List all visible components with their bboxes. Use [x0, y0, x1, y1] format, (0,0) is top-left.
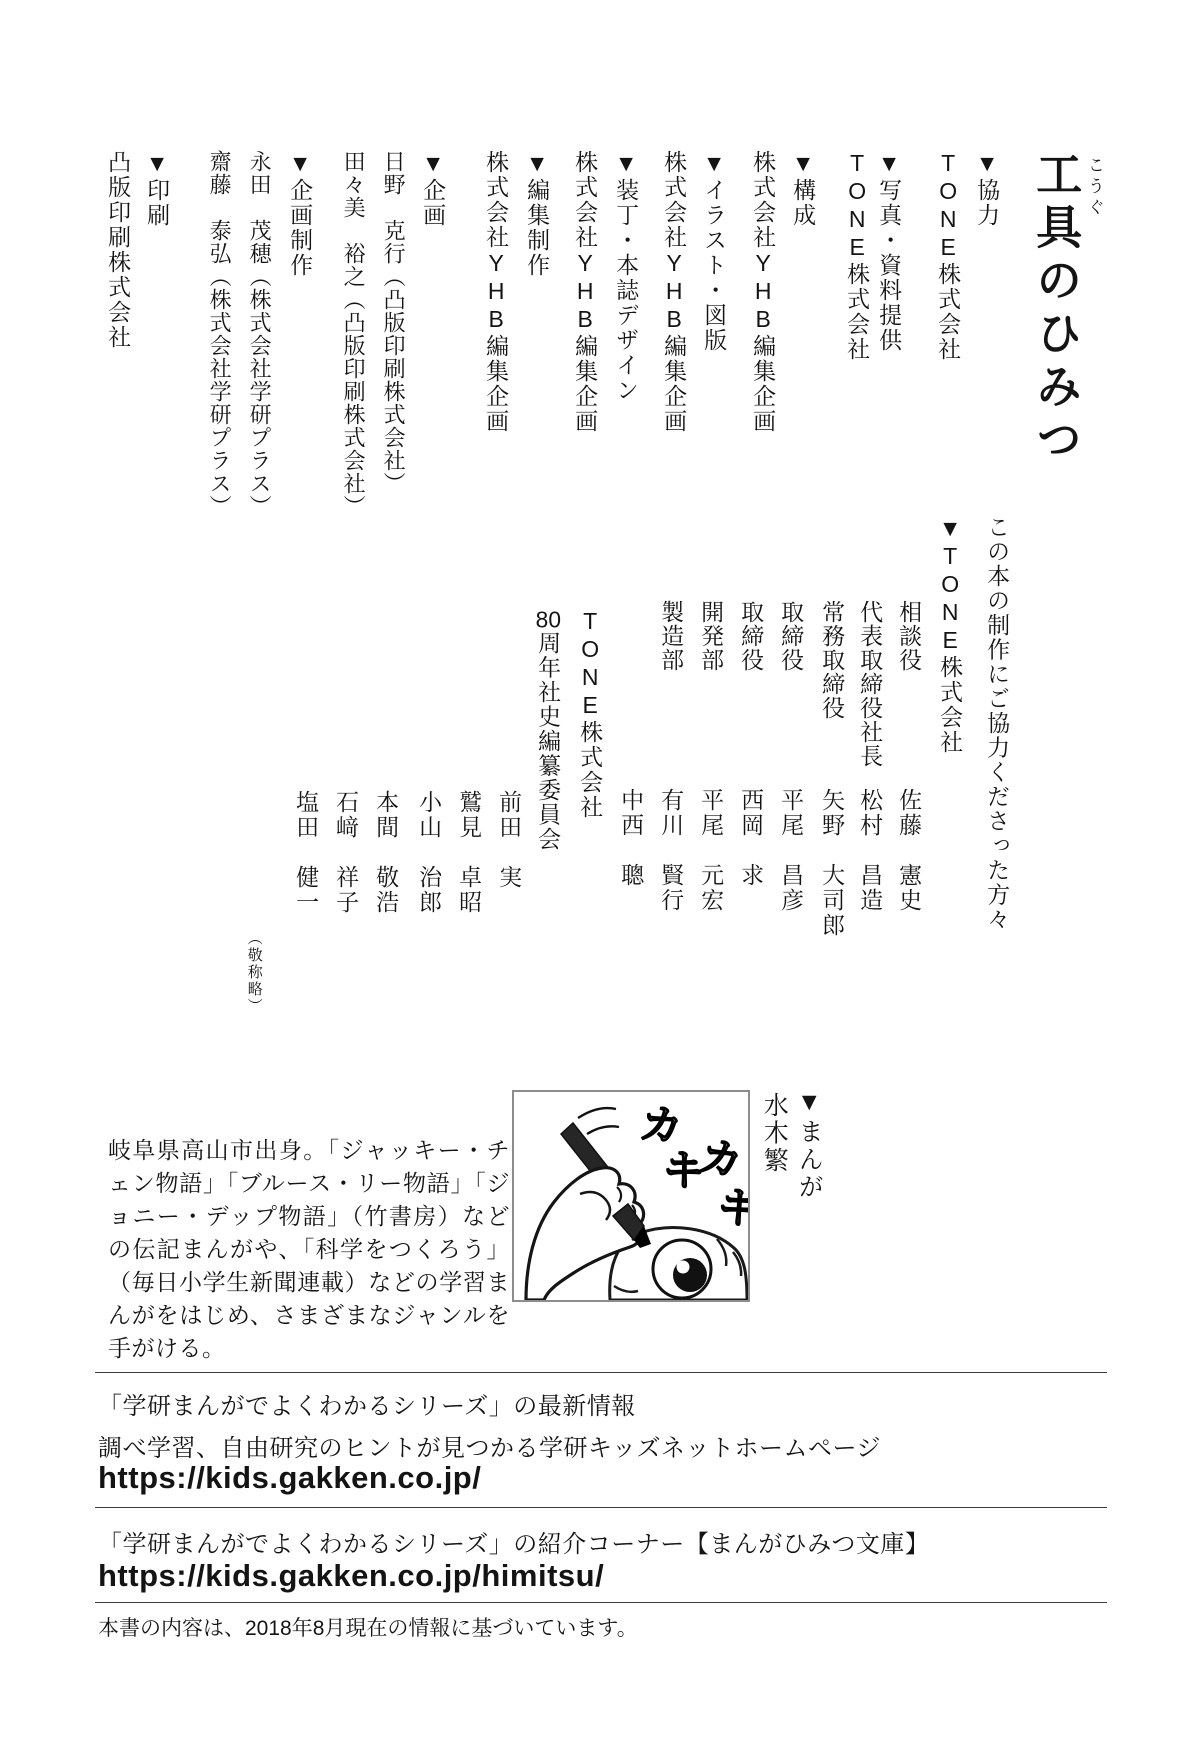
- ack-position: 製造部: [659, 600, 683, 672]
- committee-member: 前田 実: [497, 790, 521, 890]
- ack-position: 取締役: [739, 600, 763, 672]
- divider: [95, 1602, 1107, 1603]
- colophon-page: 工具のひみつ こうぐ ▼協力 TONE株式会社 ▼写真・資料提供 TONE株式会…: [0, 0, 1200, 1760]
- divider: [95, 1507, 1107, 1508]
- ack-name: 松村 昌造: [858, 788, 882, 913]
- ack-name: 佐藤 憲史: [897, 788, 921, 913]
- page-title-furigana: こうぐ: [1085, 156, 1103, 219]
- ack-position: 相談役: [897, 600, 921, 672]
- sfx-text: カ: [695, 1131, 747, 1187]
- committee-member: 本間 敬浩: [374, 790, 398, 915]
- hand-drawing-fish-illustration: カ キ カ キ: [514, 1092, 748, 1300]
- ack-name: 中西 聰: [619, 788, 643, 888]
- committee-group-number: 80: [535, 608, 561, 631]
- credit-name: 齋藤 泰弘（株式会社学研プラス）: [208, 150, 231, 518]
- manga-author: 水木繁: [761, 1092, 787, 1175]
- committee-member: 小山 治郎: [417, 790, 441, 915]
- credit-role: ▼協力: [975, 150, 999, 228]
- ack-heading: この本の制作にご協力くださった方々: [985, 515, 1009, 932]
- committee-member: 石﨑 祥子: [334, 790, 358, 915]
- credit-role: ▼構成: [791, 150, 815, 228]
- credit-name: 日野 克行（凸版印刷株式会社）: [382, 150, 405, 495]
- ack-position: 取締役: [779, 600, 803, 672]
- series-info-label: 「学研まんがでよくわかるシリーズ」の最新情報: [98, 1386, 636, 1421]
- credit-name: 株式会社YHB編集企画: [662, 150, 686, 434]
- credit-role: ▼編集制作: [525, 150, 549, 278]
- fish-eye-highlight: [677, 1261, 690, 1274]
- committee-group: 80周年社史編纂委員会: [536, 608, 560, 852]
- ack-position: 常務取締役: [820, 600, 844, 720]
- edition-note: 本書の内容は、2018年8月現在の情報に基づいています。: [98, 1612, 638, 1642]
- page-title: 工具のひみつ: [1032, 150, 1080, 468]
- ack-name: 平尾 昌彦: [779, 788, 803, 913]
- credit-name: TONE株式会社: [845, 150, 869, 362]
- credit-name: TONE株式会社: [936, 150, 960, 362]
- motion-line: [578, 1108, 616, 1118]
- committee-org: TONE株式会社: [578, 608, 602, 820]
- committee-member: 鷲見 卓昭: [457, 790, 481, 915]
- manga-illustration: カ キ カ キ: [512, 1090, 750, 1302]
- credit-name: 田々美 裕之（凸版印刷株式会社）: [342, 150, 365, 518]
- manga-author-bio: 岐阜県高山市出身。「ジャッキー・チェン物語」「ブルース・リー物語」「ジョニー・デ…: [108, 1134, 510, 1365]
- credit-role: ▼企画制作: [288, 150, 312, 278]
- himitsu-label: 「学研まんがでよくわかるシリーズ」の紹介コーナー【まんがひみつ文庫】: [98, 1524, 929, 1559]
- ack-name: 西岡 求: [739, 788, 763, 888]
- ack-company-heading: ▼TONE株式会社: [938, 515, 962, 755]
- credit-role: ▼イラスト・図版: [702, 150, 726, 353]
- credit-name: 株式会社YHB編集企画: [573, 150, 597, 434]
- ack-position: 開発部: [699, 600, 723, 672]
- motion-line: [587, 1126, 619, 1134]
- sfx-text: キ: [712, 1179, 748, 1236]
- ack-position: 代表取締役社長: [858, 600, 882, 768]
- kidsnet-url[interactable]: https://kids.gakken.co.jp/: [98, 1460, 481, 1496]
- himitsu-url[interactable]: https://kids.gakken.co.jp/himitsu/: [98, 1558, 604, 1594]
- kidsnet-label: 調べ学習、自由研究のヒントが見つかる学研キッズネットホームページ: [98, 1428, 881, 1463]
- credit-role: ▼装丁・本誌デザイン: [614, 150, 638, 403]
- credit-name: 永田 茂穂（株式会社学研プラス）: [248, 150, 271, 518]
- credit-role: ▼写真・資料提供: [877, 150, 901, 353]
- divider: [95, 1372, 1107, 1373]
- credit-role: ▼印刷: [145, 150, 169, 228]
- credit-name: 凸版印刷株式会社: [106, 150, 130, 350]
- honorific-note: （敬称略）: [246, 930, 262, 1015]
- manga-heading: ▼まんが: [796, 1088, 822, 1201]
- ack-name: 平尾 元宏: [699, 788, 723, 913]
- ack-name: 矢野 大司郎: [820, 788, 844, 938]
- credit-name: 株式会社YHB編集企画: [484, 150, 508, 434]
- credit-role: ▼企画: [421, 150, 445, 228]
- credit-name: 株式会社YHB編集企画: [751, 150, 775, 434]
- committee-member: 塩田 健一: [294, 790, 318, 915]
- ack-name: 有川 賢行: [659, 788, 683, 913]
- committee-group-label: 周年社史編纂委員会: [535, 631, 561, 852]
